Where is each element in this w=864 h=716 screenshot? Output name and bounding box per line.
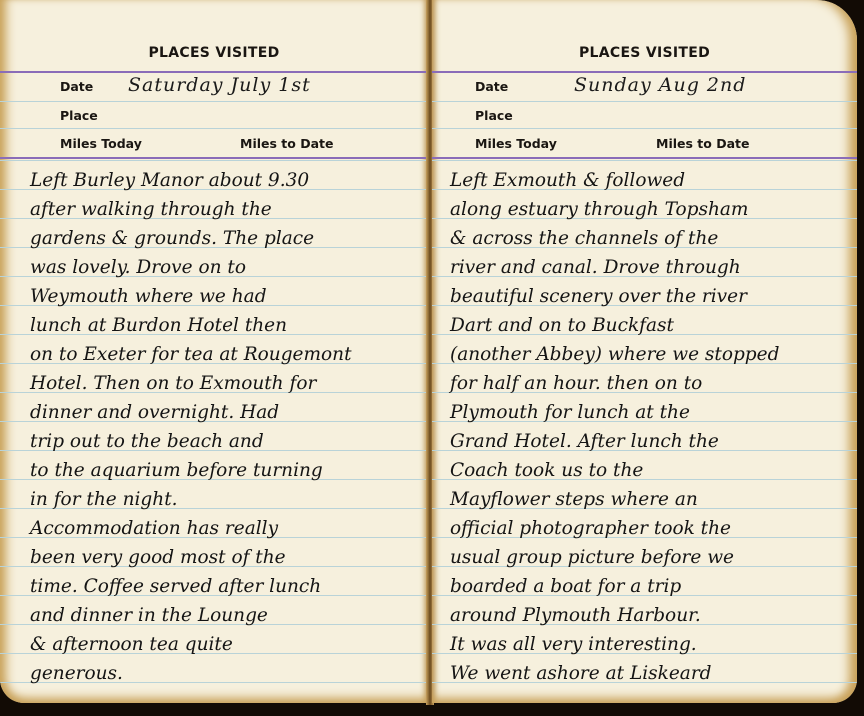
entry-line: river and canal. Drove through bbox=[450, 253, 779, 282]
entry-line: Weymouth where we had bbox=[30, 282, 352, 311]
date-label: Date bbox=[60, 79, 93, 94]
entry-line: boarded a boat for a trip bbox=[450, 572, 779, 601]
page-header: PLACES VISITED bbox=[432, 45, 857, 61]
entry-line: We went ashore at Liskeard bbox=[450, 659, 779, 688]
right-page: PLACES VISITED Date Sunday Aug 2nd Place… bbox=[432, 0, 857, 703]
place-label: Place bbox=[475, 108, 513, 123]
page-header: PLACES VISITED bbox=[0, 45, 428, 61]
entry-line: for half an hour. then on to bbox=[450, 369, 779, 398]
entry-line: and dinner in the Lounge bbox=[30, 601, 352, 630]
date-value: Sunday Aug 2nd bbox=[574, 74, 746, 96]
entry-line: usual group picture before we bbox=[450, 543, 779, 572]
entry-line: beautiful scenery over the river bbox=[450, 282, 779, 311]
form-bottom-rule bbox=[0, 157, 428, 159]
header-rule bbox=[432, 71, 857, 73]
place-label: Place bbox=[60, 108, 98, 123]
miles-to-date-label: Miles to Date bbox=[656, 136, 749, 151]
miles-to-date-label: Miles to Date bbox=[240, 136, 333, 151]
entry-line: Coach took us to the bbox=[450, 456, 779, 485]
entry-line: Accommodation has really bbox=[30, 514, 352, 543]
entry-line: It was all very interesting. bbox=[450, 630, 779, 659]
entry-line: & across the channels of the bbox=[450, 224, 779, 253]
entry-line: after walking through the bbox=[30, 195, 352, 224]
form-rule bbox=[432, 101, 857, 102]
entry-line: along estuary through Topsham bbox=[450, 195, 779, 224]
miles-today-label: Miles Today bbox=[60, 136, 142, 151]
entry-line: lunch at Burdon Hotel then bbox=[30, 311, 352, 340]
entry-line: Plymouth for lunch at the bbox=[450, 398, 779, 427]
form-bottom-rule bbox=[432, 157, 857, 159]
entry-line: to the aquarium before turning bbox=[30, 456, 352, 485]
entry-line: in for the night. bbox=[30, 485, 352, 514]
entry-line: been very good most of the bbox=[30, 543, 352, 572]
entry-line: gardens & grounds. The place bbox=[30, 224, 352, 253]
entry-line: around Plymouth Harbour. bbox=[450, 601, 779, 630]
diary-entry: Left Exmouth & followed along estuary th… bbox=[450, 166, 779, 688]
entry-line: (another Abbey) where we stopped bbox=[450, 340, 779, 369]
open-diary: PLACES VISITED Date Saturday July 1st Pl… bbox=[0, 0, 864, 716]
form-rule bbox=[432, 128, 857, 129]
entry-line: on to Exeter for tea at Rougemont bbox=[30, 340, 352, 369]
entry-line: trip out to the beach and bbox=[30, 427, 352, 456]
form-rule bbox=[0, 128, 428, 129]
entry-line: generous. bbox=[30, 659, 352, 688]
miles-today-label: Miles Today bbox=[475, 136, 557, 151]
entry-line: dinner and overnight. Had bbox=[30, 398, 352, 427]
entry-line: time. Coffee served after lunch bbox=[30, 572, 352, 601]
header-rule bbox=[0, 71, 428, 73]
entry-line: was lovely. Drove on to bbox=[30, 253, 352, 282]
date-value: Saturday July 1st bbox=[128, 74, 311, 96]
date-label: Date bbox=[475, 79, 508, 94]
entry-line: Mayflower steps where an bbox=[450, 485, 779, 514]
form-rule bbox=[0, 101, 428, 102]
entry-line: official photographer took the bbox=[450, 514, 779, 543]
entry-line: Dart and on to Buckfast bbox=[450, 311, 779, 340]
entry-line: Left Burley Manor about 9.30 bbox=[30, 166, 352, 195]
entry-line: Left Exmouth & followed bbox=[450, 166, 779, 195]
entry-line: & afternoon tea quite bbox=[30, 630, 352, 659]
left-page: PLACES VISITED Date Saturday July 1st Pl… bbox=[0, 0, 428, 703]
entry-line: Grand Hotel. After lunch the bbox=[450, 427, 779, 456]
entry-line: Hotel. Then on to Exmouth for bbox=[30, 369, 352, 398]
diary-entry: Left Burley Manor about 9.30 after walki… bbox=[30, 166, 352, 688]
